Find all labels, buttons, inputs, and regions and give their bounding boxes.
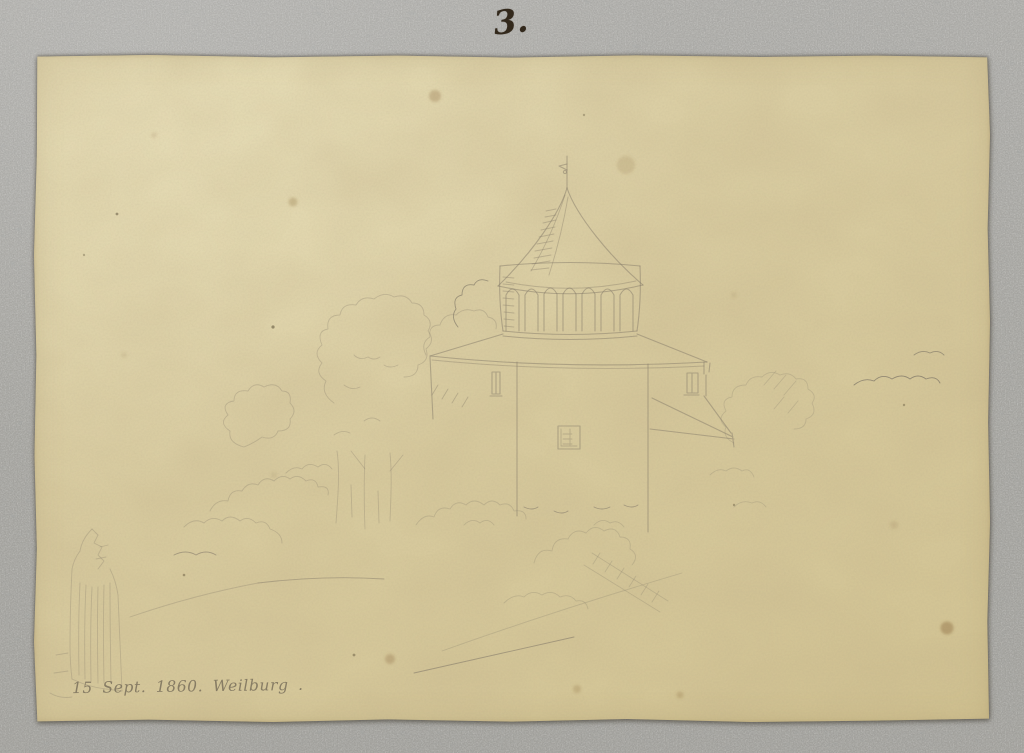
trees-left <box>174 280 496 555</box>
ruin-sketch <box>50 529 384 698</box>
scanned-drawing: 3. <box>0 0 1024 753</box>
pencil-drawing <box>34 55 990 722</box>
paper-sheet: 15 Sept. 1860. Weilburg . <box>34 55 990 722</box>
paper-shadow: 15 Sept. 1860. Weilburg . <box>0 0 1024 753</box>
bushes-center <box>414 501 682 673</box>
catalog-number: 3. <box>491 0 566 56</box>
tower-details <box>432 195 704 513</box>
bushes-right <box>710 351 944 507</box>
tower-outline <box>430 156 734 532</box>
